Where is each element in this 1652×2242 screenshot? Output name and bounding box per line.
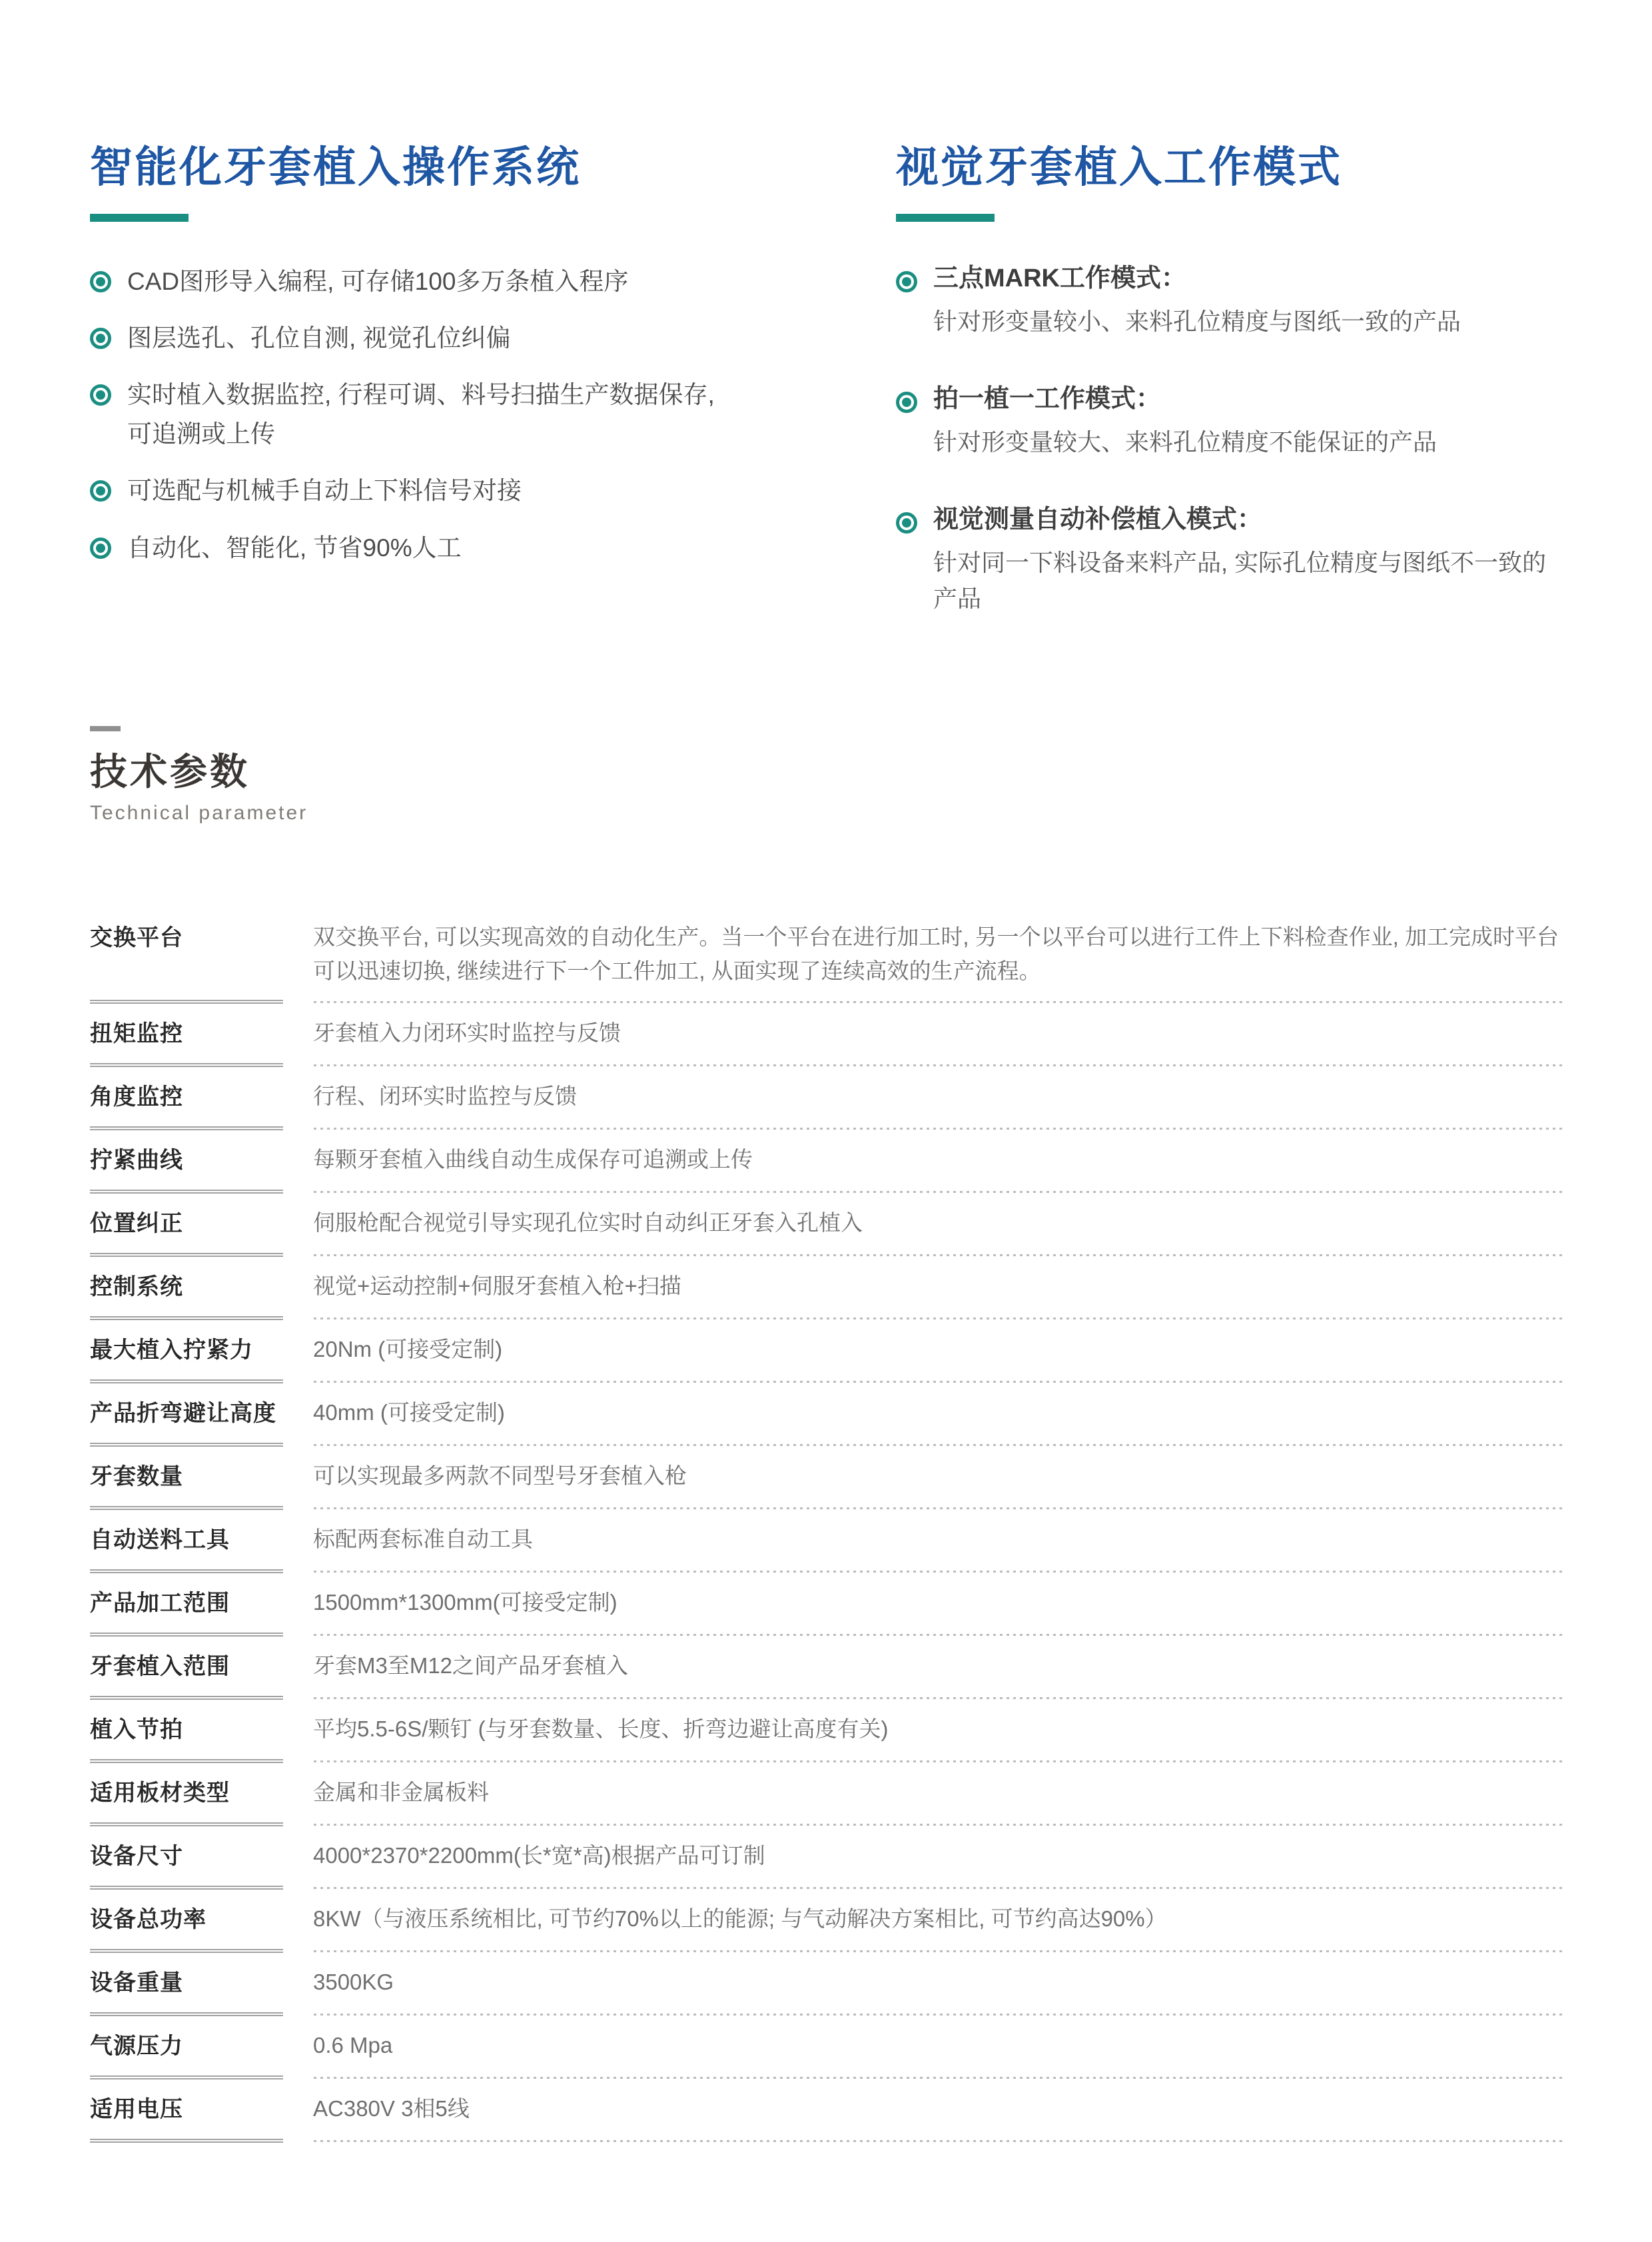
list-item: CAD图形导入编程, 可存储100多万条植入程序 [90, 262, 796, 301]
divider-solid-segment [90, 1506, 283, 1510]
spec-value: 牙套植入力闭环实时监控与反馈 [313, 1016, 1565, 1050]
circled-dot-icon [90, 538, 111, 559]
gray-dash [90, 726, 121, 731]
divider-dotted-segment [314, 2014, 1565, 2016]
divider-dotted-segment [314, 1760, 1565, 1762]
feature-columns: 智能化牙套植入操作系统 CAD图形导入编程, 可存储100多万条植入程序 图层选… [90, 143, 1565, 659]
table-row: 牙套数量 可以实现最多两款不同型号牙套植入枪 [90, 1447, 1565, 1506]
divider-dotted-segment [314, 1697, 1565, 1699]
spec-value: 0.6 Mpa [313, 2028, 1565, 2062]
work-mode-head: 拍一植一工作模式： [896, 382, 1565, 416]
right-feature-section: 视觉牙套植入工作模式 三点MARK工作模式： 针对形变量较小、来料孔位精度与图纸… [796, 143, 1565, 659]
divider-dotted-segment [314, 1128, 1565, 1130]
divider-dotted-segment [314, 1191, 1565, 1193]
circled-dot-icon [896, 271, 917, 292]
circled-dot-icon [896, 512, 917, 534]
spec-label: 产品加工范围 [90, 1585, 313, 1621]
spec-value: 20Nm (可接受定制) [313, 1332, 1565, 1366]
table-row: 牙套植入范围 牙套M3至M12之间产品牙套植入 [90, 1637, 1565, 1696]
table-row: 交换平台 双交换平台, 可以实现高效的自动化生产。当一个平台在进行加工时, 另一… [90, 908, 1565, 1000]
bullet-text: 实时植入数据监控, 行程可调、料号扫描生产数据保存, 可追溯或上传 [127, 375, 715, 454]
divider-dotted-segment [314, 1634, 1565, 1636]
spec-value: 可以实现最多两款不同型号牙套植入枪 [313, 1459, 1565, 1493]
divider-dotted-segment [314, 1824, 1565, 1826]
work-mode-head: 三点MARK工作模式： [896, 262, 1565, 296]
spec-table: 交换平台 双交换平台, 可以实现高效的自动化生产。当一个平台在进行加工时, 另一… [90, 908, 1565, 2143]
divider-solid-segment [90, 1696, 283, 1700]
left-section-title: 智能化牙套植入操作系统 [90, 143, 796, 192]
divider-dotted-segment [314, 1064, 1565, 1066]
table-row: 产品加工范围 1500mm*1300mm(可接受定制) [90, 1573, 1565, 1633]
table-row: 适用电压 AC380V 3相5线 [90, 2079, 1565, 2139]
tech-parameter-subtitle: Technical parameter [90, 802, 1565, 825]
divider-solid-segment [90, 1126, 283, 1130]
spec-label: 扭矩监控 [90, 1016, 313, 1051]
work-mode-head: 视觉测量自动补偿植入模式： [896, 503, 1565, 537]
spec-sheet-page: 智能化牙套植入操作系统 CAD图形导入编程, 可存储100多万条植入程序 图层选… [0, 0, 1652, 2143]
spec-label: 牙套植入范围 [90, 1649, 313, 1684]
work-mode-title: 拍一植一工作模式： [933, 382, 1161, 416]
divider-dotted-segment [314, 2077, 1565, 2079]
divider-dotted-segment [314, 1950, 1565, 1952]
table-row: 气源压力 0.6 Mpa [90, 2016, 1565, 2075]
circled-dot-icon [90, 328, 111, 349]
divider-solid-segment [90, 1886, 283, 1890]
divider-dotted-segment [314, 1507, 1565, 1509]
spec-value: 伺服枪配合视觉引导实现孔位实时自动纠正牙套入孔植入 [313, 1206, 1565, 1240]
spec-value: 40mm (可接受定制) [313, 1395, 1565, 1429]
circled-dot-icon [90, 271, 111, 292]
divider-dotted-segment [314, 1001, 1565, 1003]
table-row: 设备重量 3500KG [90, 1953, 1565, 2012]
spec-label: 适用板材类型 [90, 1775, 313, 1810]
spec-label: 最大植入拧紧力 [90, 1332, 313, 1367]
spec-label: 植入节拍 [90, 1712, 313, 1747]
divider-dotted-segment [314, 1571, 1565, 1573]
list-item: 图层选孔、孔位自测, 视觉孔位纠偏 [90, 318, 796, 358]
divider-solid-segment [90, 1759, 283, 1763]
divider-solid-segment [90, 2139, 283, 2143]
spec-value: 平均5.5-6S/颗钉 (与牙套数量、长度、折弯边避让高度有关) [313, 1712, 1565, 1746]
divider-dotted-segment [314, 1254, 1565, 1256]
table-row: 适用板材类型 金属和非金属板料 [90, 1763, 1565, 1822]
bullet-text: 可选配与机械手自动上下料信号对接 [127, 471, 522, 510]
spec-label: 牙套数量 [90, 1459, 313, 1494]
bullet-text: 图层选孔、孔位自测, 视觉孔位纠偏 [127, 318, 511, 358]
table-row: 角度监控 行程、闭环实时监控与反馈 [90, 1067, 1565, 1126]
left-bullet-list: CAD图形导入编程, 可存储100多万条植入程序 图层选孔、孔位自测, 视觉孔位… [90, 262, 796, 567]
table-row: 位置纠正 伺服枪配合视觉引导实现孔位实时自动纠正牙套入孔植入 [90, 1194, 1565, 1253]
work-mode-description: 针对形变量较小、来料孔位精度与图纸一致的产品 [896, 304, 1565, 340]
circled-dot-icon [90, 384, 111, 406]
divider-solid-segment [90, 2012, 283, 2016]
work-mode-description: 针对同一下料设备来料产品, 实际孔位精度与图纸不一致的产品 [896, 545, 1565, 617]
divider-dotted-segment [314, 1317, 1565, 1319]
spec-value: 1500mm*1300mm(可接受定制) [313, 1585, 1565, 1619]
table-row: 扭矩监控 牙套植入力闭环实时监控与反馈 [90, 1004, 1565, 1063]
spec-value: 牙套M3至M12之间产品牙套植入 [313, 1649, 1565, 1682]
teal-underline [896, 214, 995, 222]
bullet-text: CAD图形导入编程, 可存储100多万条植入程序 [127, 262, 628, 301]
work-mode-item: 视觉测量自动补偿植入模式： 针对同一下料设备来料产品, 实际孔位精度与图纸不一致… [896, 503, 1565, 617]
spec-label: 产品折弯避让高度 [90, 1395, 313, 1431]
spec-value: 4000*2370*2200mm(长*宽*高)根据产品可订制 [313, 1838, 1565, 1872]
spec-value: AC380V 3相5线 [313, 2091, 1565, 2125]
spec-label: 设备尺寸 [90, 1838, 313, 1874]
spec-label: 角度监控 [90, 1079, 313, 1114]
spec-value: 双交换平台, 可以实现高效的自动化生产。当一个平台在进行加工时, 另一个以平台可… [313, 920, 1565, 988]
spec-label: 设备重量 [90, 1965, 313, 2000]
divider-solid-segment [90, 1443, 283, 1447]
work-mode-description: 针对形变量较大、来料孔位精度不能保证的产品 [896, 424, 1565, 460]
list-item: 自动化、智能化, 节省90%人工 [90, 528, 796, 567]
divider-dotted-segment [314, 1887, 1565, 1889]
table-row: 自动送料工具 标配两套标准自动工具 [90, 1510, 1565, 1569]
spec-value: 每颗牙套植入曲线自动生成保存可追溯或上传 [313, 1142, 1565, 1176]
work-mode-item: 拍一植一工作模式： 针对形变量较大、来料孔位精度不能保证的产品 [896, 382, 1565, 460]
divider-solid-segment [90, 1633, 283, 1637]
spec-label: 设备总功率 [90, 1902, 313, 1937]
row-divider [90, 2139, 1565, 2143]
divider-solid-segment [90, 1569, 283, 1573]
table-row: 产品折弯避让高度 40mm (可接受定制) [90, 1383, 1565, 1443]
divider-solid-segment [90, 1063, 283, 1067]
list-item: 可选配与机械手自动上下料信号对接 [90, 471, 796, 510]
divider-solid-segment [90, 1379, 283, 1383]
circled-dot-icon [896, 392, 917, 413]
spec-label: 位置纠正 [90, 1206, 313, 1241]
table-row: 设备总功率 8KW（与液压系统相比, 可节约70%以上的能源; 与气动解决方案相… [90, 1890, 1565, 1949]
spec-label: 交换平台 [90, 920, 313, 955]
spec-value: 金属和非金属板料 [313, 1775, 1565, 1809]
spec-value: 标配两套标准自动工具 [313, 1522, 1565, 1556]
spec-label: 自动送料工具 [90, 1522, 313, 1557]
table-row: 控制系统 视觉+运动控制+伺服牙套植入枪+扫描 [90, 1257, 1565, 1316]
bullet-text: 自动化、智能化, 节省90%人工 [127, 528, 462, 567]
spec-value: 行程、闭环实时监控与反馈 [313, 1079, 1565, 1113]
left-feature-section: 智能化牙套植入操作系统 CAD图形导入编程, 可存储100多万条植入程序 图层选… [90, 143, 796, 659]
tech-parameter-title: 技术参数 [90, 751, 1565, 793]
divider-dotted-segment [314, 2140, 1565, 2142]
teal-underline [90, 214, 189, 222]
tech-parameter-header: 技术参数 Technical parameter [90, 726, 1565, 825]
circled-dot-icon [90, 480, 111, 502]
divider-dotted-segment [314, 1444, 1565, 1446]
divider-solid-segment [90, 1316, 283, 1320]
divider-solid-segment [90, 1000, 283, 1004]
work-mode-title: 三点MARK工作模式： [933, 262, 1186, 296]
spec-value: 3500KG [313, 1965, 1565, 1999]
work-mode-item: 三点MARK工作模式： 针对形变量较小、来料孔位精度与图纸一致的产品 [896, 262, 1565, 340]
table-row: 拧紧曲线 每颗牙套植入曲线自动生成保存可追溯或上传 [90, 1130, 1565, 1190]
table-row: 植入节拍 平均5.5-6S/颗钉 (与牙套数量、长度、折弯边避让高度有关) [90, 1700, 1565, 1759]
spec-value: 8KW（与液压系统相比, 可节约70%以上的能源; 与气动解决方案相比, 可节约… [313, 1902, 1565, 1936]
table-row: 设备尺寸 4000*2370*2200mm(长*宽*高)根据产品可订制 [90, 1826, 1565, 1886]
divider-dotted-segment [314, 1381, 1565, 1383]
divider-solid-segment [90, 1949, 283, 1953]
divider-solid-segment [90, 1822, 283, 1826]
spec-value: 视觉+运动控制+伺服牙套植入枪+扫描 [313, 1269, 1565, 1303]
work-mode-title: 视觉测量自动补偿植入模式： [933, 503, 1262, 537]
divider-solid-segment [90, 2075, 283, 2079]
right-section-title: 视觉牙套植入工作模式 [896, 143, 1565, 192]
divider-solid-segment [90, 1253, 283, 1257]
divider-solid-segment [90, 1190, 283, 1194]
work-mode-list: 三点MARK工作模式： 针对形变量较小、来料孔位精度与图纸一致的产品 拍一植一工… [896, 262, 1565, 617]
spec-label: 适用电压 [90, 2091, 313, 2127]
table-row: 最大植入拧紧力 20Nm (可接受定制) [90, 1320, 1565, 1379]
spec-label: 拧紧曲线 [90, 1142, 313, 1178]
spec-label: 气源压力 [90, 2028, 313, 2063]
list-item: 实时植入数据监控, 行程可调、料号扫描生产数据保存, 可追溯或上传 [90, 375, 796, 454]
spec-label: 控制系统 [90, 1269, 313, 1304]
